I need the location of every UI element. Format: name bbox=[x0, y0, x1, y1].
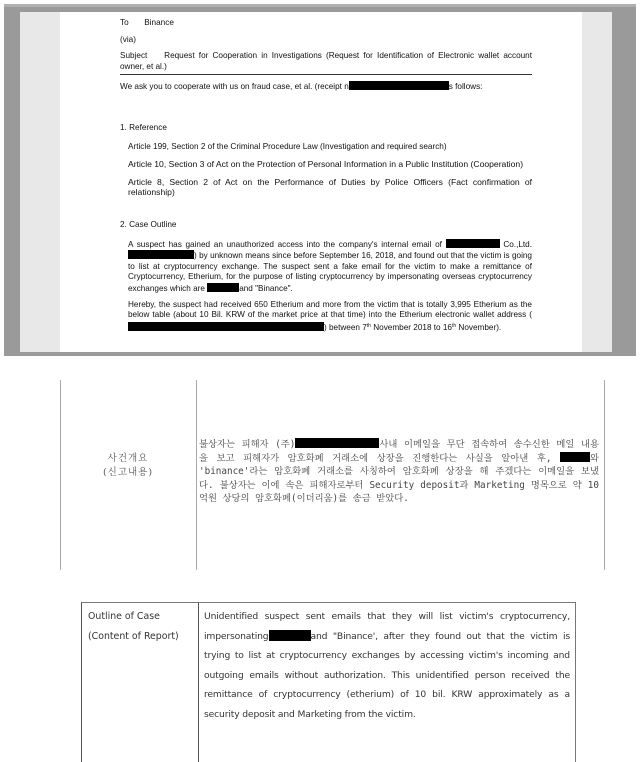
redaction-bar bbox=[269, 630, 311, 641]
korean-content-cell: 불상자는 피해자 (주)사내 이메일을 무단 접속하여 송수신한 메일 내용을 … bbox=[199, 438, 599, 506]
reference-title: 1. Reference bbox=[120, 123, 532, 134]
redaction-bar bbox=[128, 250, 194, 259]
text: and "Binance', after they found out that… bbox=[204, 631, 570, 720]
case-outline-paragraph-2: Hereby, the suspect had received 650 Eth… bbox=[120, 300, 532, 334]
subject-label: Subject bbox=[120, 51, 160, 62]
korean-label-line2: (신고내용) bbox=[60, 466, 196, 480]
korean-label-line1: 사건개요 bbox=[60, 452, 196, 466]
intro-text-end: s follows: bbox=[449, 82, 483, 91]
redaction-bar bbox=[446, 239, 500, 248]
via-line: (via) bbox=[120, 35, 532, 46]
text: Co.,Ltd. bbox=[503, 240, 532, 249]
redaction-bar bbox=[560, 452, 590, 462]
translation-report-table: Outline of Case (Content of Report) Unid… bbox=[0, 600, 640, 762]
reference-list: Article 199, Section 2 of the Criminal P… bbox=[120, 142, 532, 198]
to-line: To Binance bbox=[120, 18, 532, 29]
korean-report-table: 사건개요 (신고내용) 불상자는 피해자 (주)사내 이메일을 무단 접속하여 … bbox=[0, 370, 640, 580]
text: November). bbox=[456, 323, 501, 332]
page-margin-left bbox=[20, 12, 60, 352]
table-border-right bbox=[604, 380, 605, 570]
table-column-divider bbox=[198, 603, 199, 762]
reference-item: Article 199, Section 2 of the Criminal P… bbox=[120, 142, 532, 153]
text: A suspect has gained an unauthorized acc… bbox=[128, 240, 442, 249]
to-label: To bbox=[120, 18, 142, 29]
text: 불상자는 피해자 (주) bbox=[199, 439, 295, 450]
subject-line: Subject Request for Cooperation in Inves… bbox=[120, 51, 532, 75]
reference-item: Article 8, Section 2 of Act on the Perfo… bbox=[120, 177, 532, 198]
korean-label-cell: 사건개요 (신고내용) bbox=[60, 452, 196, 480]
intro-text-start: We ask you to cooperate with us on fraud… bbox=[120, 82, 349, 91]
table-column-divider bbox=[196, 380, 197, 570]
scanned-letter-panel: To Binance (via) Subject Request for Coo… bbox=[4, 4, 636, 356]
letter-page: To Binance (via) Subject Request for Coo… bbox=[60, 12, 582, 352]
translation-content-cell: Unidentified suspect sent emails that th… bbox=[204, 607, 570, 724]
page-margin-right bbox=[582, 12, 612, 352]
case-outline-title: 2. Case Outline bbox=[120, 220, 532, 231]
to-value: Binance bbox=[144, 18, 174, 27]
translation-table: Outline of Case (Content of Report) Unid… bbox=[81, 602, 576, 762]
redaction-bar bbox=[349, 81, 449, 90]
case-outline-paragraph-1: A suspect has gained an unauthorized acc… bbox=[120, 239, 532, 295]
redaction-bar bbox=[128, 322, 324, 331]
text: November 2018 to 16 bbox=[371, 323, 452, 332]
subject-text: Request for Cooperation in Investigation… bbox=[120, 51, 532, 71]
translation-label-line1: Outline of Case bbox=[88, 607, 198, 627]
text: ) between 7 bbox=[324, 323, 367, 332]
translation-label-cell: Outline of Case (Content of Report) bbox=[88, 607, 198, 646]
text: Hereby, the suspect had received 650 Eth… bbox=[128, 300, 532, 320]
redaction-bar bbox=[295, 438, 379, 448]
redaction-bar bbox=[207, 283, 239, 292]
text: and "Binance". bbox=[239, 284, 293, 293]
reference-item: Article 10, Section 3 of Act on the Prot… bbox=[120, 159, 532, 170]
translation-label-line2: (Content of Report) bbox=[88, 627, 198, 647]
intro-paragraph: We ask you to cooperate with us on fraud… bbox=[120, 81, 532, 93]
